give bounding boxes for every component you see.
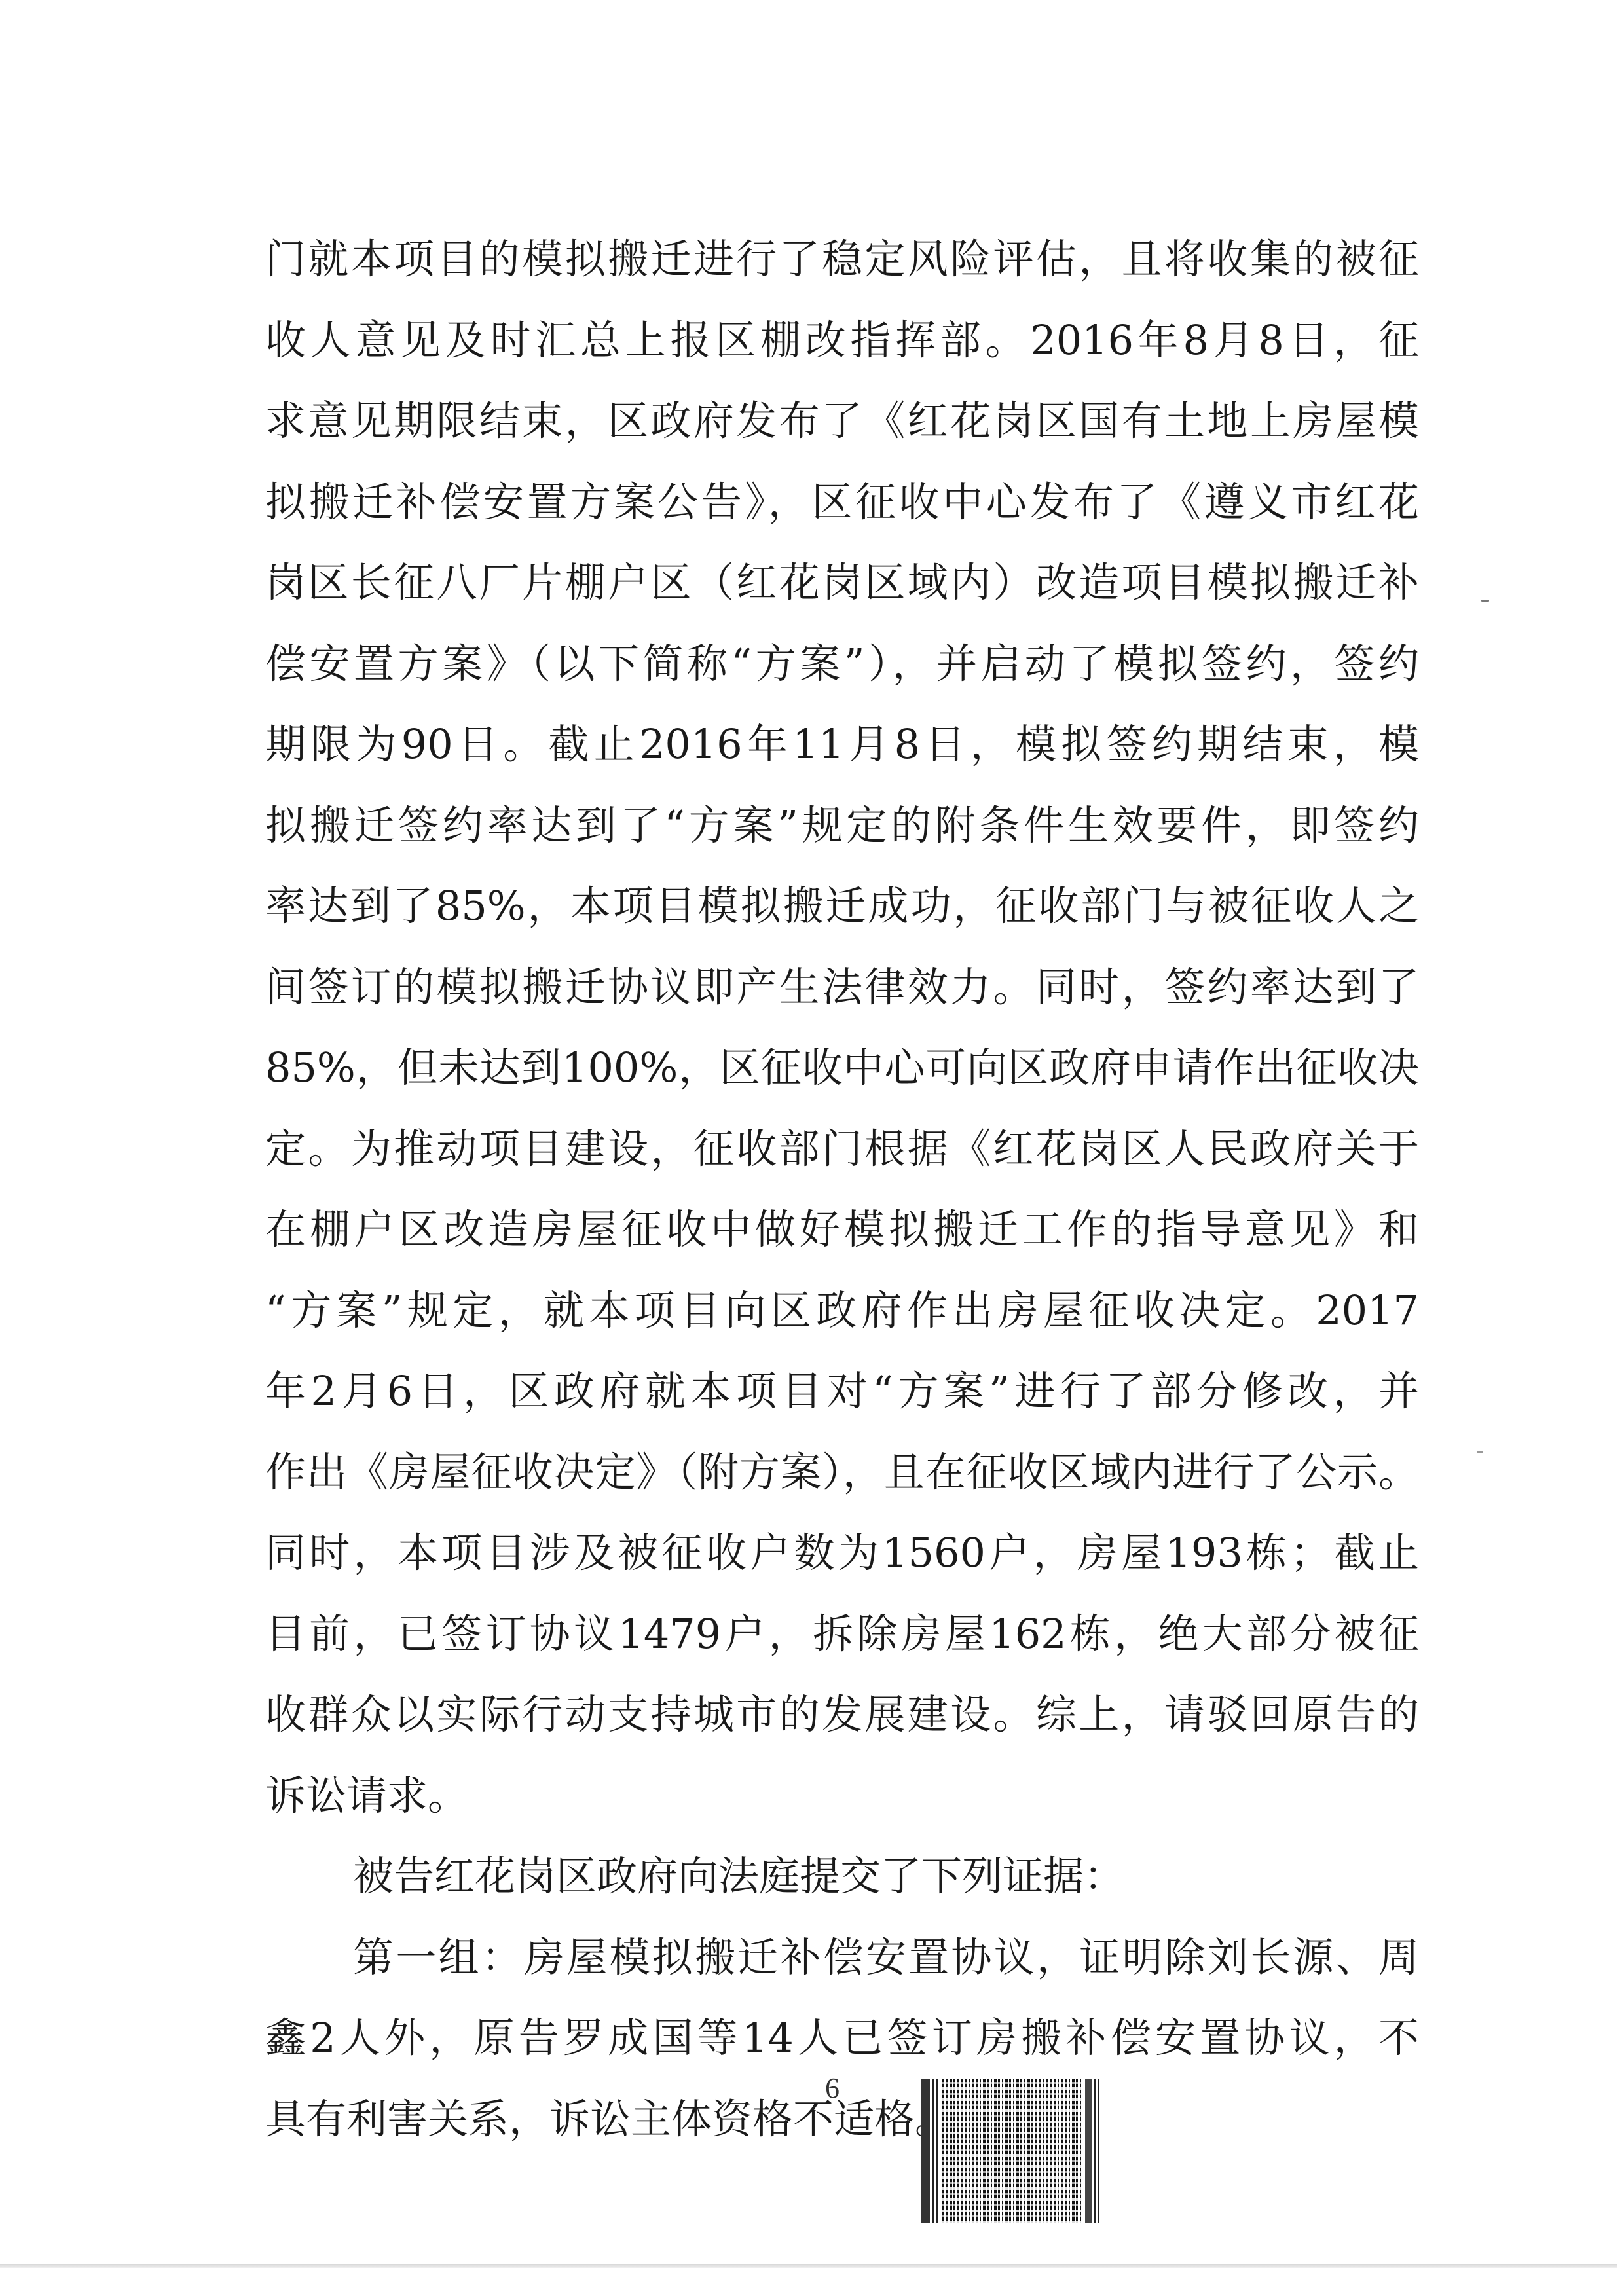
text-line: 收人意见及时汇总上报区棚改指挥部。2016年8月8日，征 — [265, 300, 1419, 381]
scan-artifact-mark — [1477, 1451, 1483, 1453]
barcode-stop-bar — [1085, 2079, 1092, 2223]
barcode-thin-bar — [932, 2079, 934, 2223]
evidence-group-line: 鑫2人外，原告罗成国等14人已签订房搬补偿安置协议，不 — [265, 1997, 1419, 2079]
scan-edge-line — [0, 2264, 1617, 2268]
barcode-thin-bar — [936, 2079, 938, 2223]
text-line: 作出《房屋征收决定》（附方案），且在征收区域内进行了公示。 — [265, 1432, 1419, 1513]
text-line: 期限为90日。截止2016年11月8日，模拟签约期结束，模 — [265, 704, 1419, 785]
evidence-group-line: 第一组：房屋模拟搬迁补偿安置协议，证明除刘长源、周 — [265, 1917, 1419, 1998]
text-line: 85%，但未达到100%，区征收中心可向区政府申请作出征收决 — [265, 1027, 1419, 1108]
text-line: 偿安置方案》（以下简称“方案”），并启动了模拟签约，签约 — [265, 623, 1419, 704]
barcode-data-matrix — [942, 2079, 1082, 2223]
text-line: 收群众以实际行动支持城市的发展建设。综上，请驳回原告的 — [265, 1674, 1419, 1755]
text-line: 拟搬迁补偿安置方案公告》，区征收中心发布了《遵义市红花 — [265, 462, 1419, 543]
barcode-thin-bar — [1094, 2079, 1096, 2223]
text-line: 定。为推动项目建设，征收部门根据《红花岗区人民政府关于 — [265, 1108, 1419, 1190]
text-line: 目前，已签订协议1479户，拆除房屋162栋，绝大部分被征 — [265, 1594, 1419, 1675]
text-line: 岗区长征八厂片棚户区（红花岗区域内）改造项目模拟搬迁补 — [265, 542, 1419, 623]
evidence-intro-line: 被告红花岗区政府向法庭提交了下列证据： — [265, 1836, 1419, 1917]
text-line: 间签订的模拟搬迁协议即产生法律效力。同时，签约率达到了 — [265, 947, 1419, 1028]
text-line: “方案”规定，就本项目向区政府作出房屋征收决定。2017 — [265, 1270, 1419, 1351]
text-line: 门就本项目的模拟搬迁进行了稳定风险评估，且将收集的被征 — [265, 219, 1419, 300]
text-line: 在棚户区改造房屋征收中做好模拟搬迁工作的指导意见》和 — [265, 1189, 1419, 1270]
text-line: 同时，本项目涉及被征收户数为1560户，房屋193栋；截止 — [265, 1512, 1419, 1594]
scan-artifact-mark — [1481, 600, 1489, 602]
text-line: 年2月6日，区政府就本项目对“方案”进行了部分修改，并 — [265, 1351, 1419, 1432]
page-number: 6 — [825, 2069, 840, 2108]
barcode-thin-bar — [1098, 2079, 1099, 2223]
barcode-start-bar — [921, 2079, 930, 2223]
text-line: 诉讼请求。 — [265, 1755, 1419, 1836]
pdf417-barcode-icon — [921, 2079, 1102, 2223]
evidence-group-line: 具有利害关系，诉讼主体资格不适格。 — [265, 2079, 1419, 2160]
document-page: 门就本项目的模拟搬迁进行了稳定风险评估，且将收集的被征 收人意见及时汇总上报区棚… — [0, 0, 1624, 2296]
text-line: 求意见期限结束，区政府发布了《红花岗区国有土地上房屋模 — [265, 380, 1419, 462]
text-line: 拟搬迁签约率达到了“方案”规定的附条件生效要件，即签约 — [265, 785, 1419, 866]
text-line: 率达到了85%，本项目模拟搬迁成功，征收部门与被征收人之 — [265, 866, 1419, 947]
document-body: 门就本项目的模拟搬迁进行了稳定风险评估，且将收集的被征 收人意见及时汇总上报区棚… — [265, 219, 1419, 2159]
